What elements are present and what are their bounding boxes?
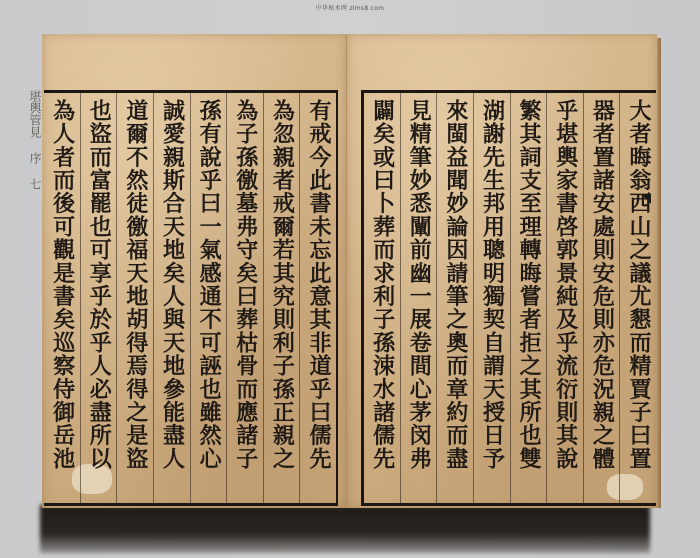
left-page: 堪輿管見 序 七 有戒今此書未忘此意其非道乎曰儒先 為忽親者戒爾若其究則利子孫正… bbox=[42, 34, 347, 508]
text-column: 闢矣或曰卜葬而求利子孫涑水諸儒先 bbox=[364, 93, 400, 503]
left-margin-label: 堪輿管見 序 七 bbox=[30, 90, 44, 500]
text-column: 湖謝先生邦用聰明獨契自謂天授日予 bbox=[473, 93, 510, 503]
text-column: 有戒今此書未忘此意其非道乎曰儒先 bbox=[299, 93, 336, 503]
text-column: 大者晦翁西山之議尤懇而精賈子曰置 bbox=[619, 93, 656, 503]
watermark-text: 中华秘术网 zlms8.com bbox=[0, 3, 700, 12]
text-column: 誠愛親斯合天地矣人與天地參能盡人 bbox=[153, 93, 190, 503]
book-shadow bbox=[40, 505, 650, 553]
right-page: 大者晦翁西山之議尤懇而精賈子曰置 器者置諸安處則安危則亦危況親之體 乎堪輿家書啓… bbox=[346, 34, 657, 508]
text-column: 來閩益聞妙論因請筆之奧而章約而盡 bbox=[436, 93, 473, 503]
text-column: 為子孫徼墓弗守矣曰葬枯骨而應諸子 bbox=[226, 93, 263, 503]
text-column: 見精筆妙悉闡前幽一展卷間心茅闵弗 bbox=[400, 93, 437, 503]
text-column: 也盜而富罷也可享乎於乎人必盡所以 bbox=[80, 93, 117, 503]
text-column: 乎堪輿家書啓郭景純及乎流衍則其說 bbox=[546, 93, 583, 503]
text-column: 為忽親者戒爾若其究則利子孫正親之 bbox=[263, 93, 300, 503]
text-column: 繁其詞支至理轉晦嘗者拒之其所也雙 bbox=[510, 93, 547, 503]
left-text-frame: 有戒今此書未忘此意其非道乎曰儒先 為忽親者戒爾若其究則利子孫正親之 為子孫徼墓弗… bbox=[44, 90, 338, 506]
text-column: 器者置諸安處則安危則亦危況親之體 bbox=[583, 93, 620, 503]
text-column: 孫有說乎曰一氣感通不可誣也雖然心 bbox=[190, 93, 227, 503]
right-text-frame: 大者晦翁西山之議尤懇而精賈子曰置 器者置諸安處則安危則亦危況親之體 乎堪輿家書啓… bbox=[361, 90, 656, 506]
text-column: 道爾不然徒徼福天地胡得焉得之是盜 bbox=[116, 93, 153, 503]
text-column: 為人者而後可觀是書矣巡察侍御岳池 bbox=[44, 93, 80, 503]
